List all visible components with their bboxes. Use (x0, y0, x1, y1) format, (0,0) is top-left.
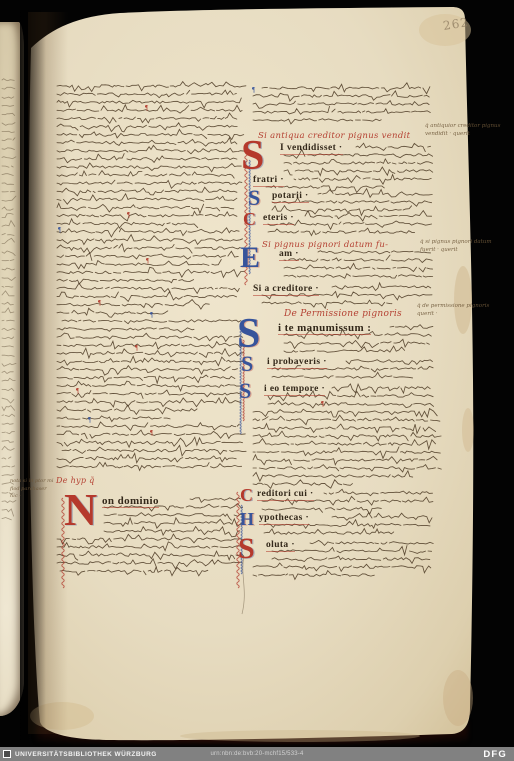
urn-identifier: urn:nbn:de:bvb:20-mchf15/533-4 (210, 751, 303, 757)
viewer-footer-bar: UNIVERSITÄTSBIBLIOTHEK WÜRZBURG urn:nbn:… (0, 747, 514, 761)
lemma-eo-tempore: i eo tempore · (264, 385, 325, 396)
rubric-si-antiqua: Si antiqua creditor pignus vendit (258, 131, 410, 141)
initial-S-probaveris: S (241, 355, 253, 373)
rubric-de-permissione: De Permissione pignoris (284, 309, 402, 319)
initial-S-manumissum: S (237, 318, 260, 352)
initial-C-creditori: C (240, 488, 253, 502)
paraph-mark: ¶ (150, 311, 154, 319)
lemma-soluta: oluta · (266, 541, 295, 552)
lemma-vendidisset: I vendidisset · (280, 144, 343, 155)
paraph-mark: ¶ (146, 257, 150, 265)
lemma-si-a-creditore: Si a creditore · (253, 285, 319, 296)
initial-E-eam: E (240, 246, 260, 270)
initial-S-potarii: S (248, 189, 260, 207)
paraph-mark: ¶ (150, 429, 154, 437)
initial-S-eo-tempore: S (239, 382, 251, 400)
library-name: UNIVERSITÄTSBIBLIOTHEK WÜRZBURG (15, 751, 157, 758)
ub-wuerzburg-logo-icon (3, 750, 11, 758)
margin-note-line: hic · (10, 493, 54, 501)
handwritten-text-simulation: ¶¶¶¶¶¶¶¶¶¶¶¶ (0, 0, 514, 761)
lemma-eam: am · (279, 250, 299, 261)
margin-note-line: fuerit · querit (420, 246, 492, 254)
margin-note-left: nota si in ptor mi flod parchaser hic · (10, 478, 54, 501)
margin-note-right-2: q̃ si pignus pignori datum fuerit · quer… (420, 238, 492, 255)
paraph-mark: ¶ (76, 387, 80, 395)
lemma-non-dominio: on dominio (102, 496, 159, 508)
margin-note-right-1: q̃ antiquior creditor pignus vendidit · … (425, 122, 500, 139)
lemma-creditori: reditori cui · (257, 490, 314, 501)
margin-note-line: q̃ antiquior creditor pignus (425, 122, 500, 130)
lemma-potarii: potarii · (272, 192, 309, 203)
initial-N-non-dominio: N (64, 492, 97, 529)
initial-S-vendidisset: S (241, 140, 264, 174)
initial-S-soluta: S (238, 537, 255, 561)
lemma-probaveris: i probaveris · (267, 358, 327, 369)
lemma-ceteris: eteris · (263, 214, 294, 225)
paraph-mark: ¶ (252, 86, 256, 94)
margin-note-line: flod parchaser (10, 486, 54, 494)
lemma-manumissum: i te manumissum : (278, 323, 371, 335)
paraph-mark: ¶ (88, 416, 92, 424)
lemma-hypothecas: ypothecas · (259, 514, 309, 525)
margin-note-line: q̃ si pignus pignori datum (420, 238, 492, 246)
initial-H-hypothecas: H (240, 512, 254, 526)
digitized-manuscript-viewer: ¶¶¶¶¶¶¶¶¶¶¶¶ 262 Si antiqua creditor pig… (0, 0, 514, 761)
margin-note-right-3: q̃ de permissione pignoris querit · (417, 302, 489, 319)
margin-note-line: q̃ de permissione pignoris (417, 302, 489, 310)
margin-note-line: querit · (417, 310, 489, 318)
margin-note-line: nota si in ptor mi (10, 478, 54, 486)
margin-note-line: vendidit · querit (425, 130, 500, 138)
dfg-logo: DFG (483, 749, 507, 760)
paraph-mark: ¶ (98, 299, 102, 307)
initial-C-ceteris: C (243, 212, 256, 226)
